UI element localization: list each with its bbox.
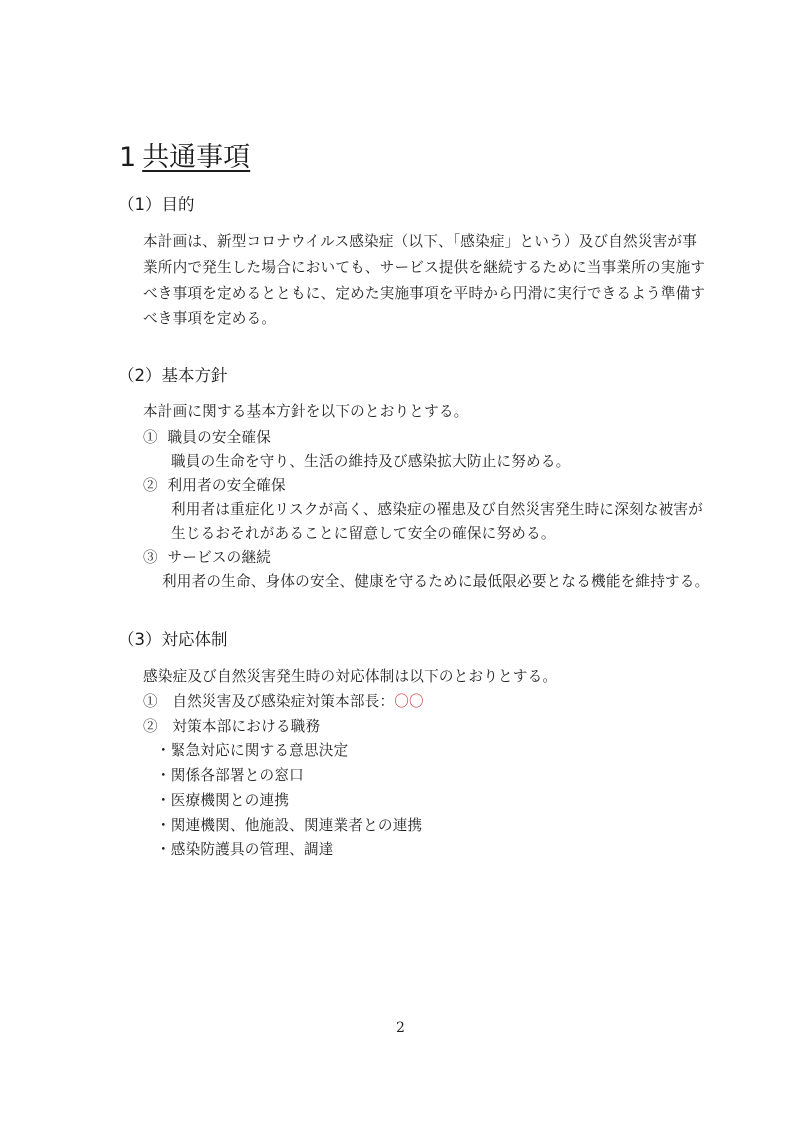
item-marker: ① — [143, 693, 158, 710]
policy-item-3-text: 利用者の生命、身体の安全、健康を守るために最低限必要となる機能を維持する。 — [162, 570, 709, 594]
item-marker: ① — [143, 429, 158, 446]
item-marker: ② — [143, 477, 158, 494]
policy-item-2: ② 利用者の安全確保 — [143, 474, 286, 498]
duty-item-1: ・緊急対応に関する意思決定 — [156, 739, 348, 763]
page-number: 2 — [396, 1020, 405, 1036]
item-marker: ② — [143, 718, 158, 735]
duty-item-2: ・関係各部署との窓口 — [156, 764, 304, 788]
section-number: 1 — [119, 142, 136, 173]
section-title: 1共通事項 — [119, 141, 250, 175]
system-heading: （3）対応体制 — [118, 629, 228, 651]
item-marker: ③ — [143, 549, 158, 566]
item-title: 利用者の安全確保 — [167, 477, 285, 494]
policy-item-1-text: 職員の生命を守り、生活の維持及び感染拡大防止に努める。 — [171, 450, 570, 474]
system-intro: 感染症及び自然災害発生時の対応体制は以下のとおりとする。 — [143, 665, 557, 689]
policy-item-2-text-1: 利用者は重症化リスクが高く、感染症の罹患及び自然災害発生時に深刻な被害が — [171, 498, 703, 522]
policy-intro: 本計画に関する基本方針を以下のとおりとする。 — [143, 400, 468, 424]
purpose-line-1: 本計画は、新型コロナウイルス感染症（以下、「感染症」という）及び自然災害が事 — [143, 230, 697, 254]
placeholder-name: 〇〇 — [394, 693, 424, 710]
system-item-2: ② 対策本部における職務 — [143, 715, 320, 739]
purpose-line-2: 業所内で発生した場合においても、サービス提供を継続するために当事業所の実施す — [143, 256, 705, 280]
purpose-line-3: べき事項を定めるとともに、定めた実施事項を平時から円滑に実行できるよう準備す — [143, 282, 705, 306]
purpose-line-4: べき事項を定める。 — [143, 307, 276, 331]
duty-item-5: ・感染防護具の管理、調達 — [156, 838, 334, 862]
document-page: 1共通事項 （1）目的 本計画は、新型コロナウイルス感染症（以下、「感染症」とい… — [0, 0, 800, 1131]
item-label: 対策本部における職務 — [172, 718, 320, 735]
item-label: 自然災害及び感染症対策本部長： — [172, 693, 394, 710]
system-item-1: ① 自然災害及び感染症対策本部長：〇〇 — [143, 690, 424, 714]
duty-item-3: ・医療機関との連携 — [156, 789, 289, 813]
policy-item-1: ① 職員の安全確保 — [143, 426, 271, 450]
policy-heading: （2）基本方針 — [118, 365, 228, 387]
policy-item-2-text-2: 生じるおそれがあることに留意して安全の確保に努める。 — [171, 522, 556, 546]
item-title: 職員の安全確保 — [167, 429, 271, 446]
policy-item-3: ③ サービスの継続 — [143, 546, 271, 570]
section-title-text: 共通事項 — [142, 142, 250, 173]
duty-item-4: ・関連機関、他施設、関連業者との連携 — [156, 814, 422, 838]
purpose-heading: （1）目的 — [118, 194, 195, 216]
item-title: サービスの継続 — [167, 549, 271, 566]
